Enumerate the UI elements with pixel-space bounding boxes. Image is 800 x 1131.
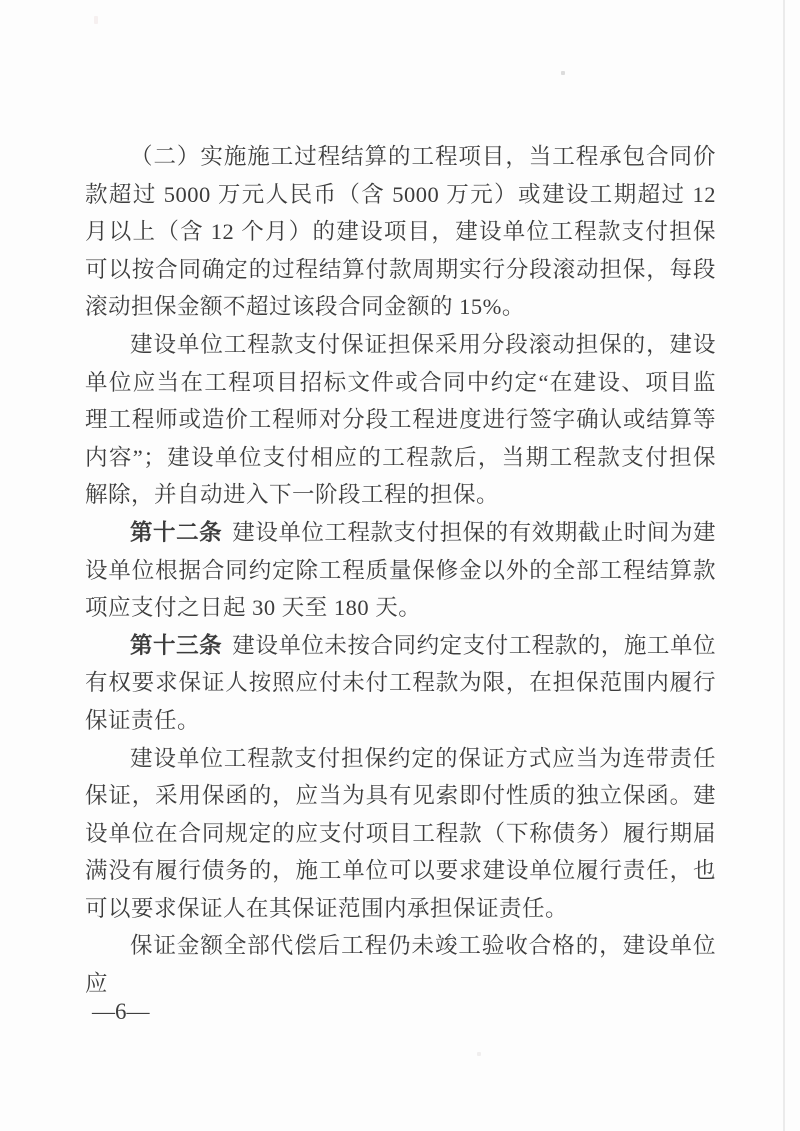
clause-term: 第十二条 [130,520,222,545]
paragraph-article-12: 第十二条建设单位工程款支付担保的有效期截止时间为建设单位根据合同约定除工程质量保… [85,514,716,627]
paragraph-rolling-guarantee: 建设单位工程款支付保证担保采用分段滚动担保的，建设单位应当在工程项目招标文件或合… [85,326,716,514]
scan-speck [561,71,565,75]
paragraph-text: 建设单位工程款支付保证担保采用分段滚动担保的，建设单位应当在工程项目招标文件或合… [85,332,716,507]
paragraph-item-2: （二）实施施工过程结算的工程项目，当工程承包合同价款超过 5000 万元人民币（… [85,138,716,326]
clause-term: 第十三条 [130,633,222,658]
paragraph-article-13: 第十三条建设单位未按合同约定支付工程款的，施工单位有权要求保证人按照应付未付工程… [85,627,716,740]
scan-speck [94,16,98,24]
document-body: （二）实施施工过程结算的工程项目，当工程承包合同价款超过 5000 万元人民币（… [85,138,716,1003]
paragraph-text: 建设单位工程款支付担保约定的保证方式应当为连带责任保证，采用保函的，应当为具有见… [85,746,716,921]
paragraph-guarantee-method: 建设单位工程款支付担保约定的保证方式应当为连带责任保证，采用保函的，应当为具有见… [85,740,716,928]
scan-speck [477,1052,481,1056]
paragraph-text: （二）实施施工过程结算的工程项目，当工程承包合同价款超过 5000 万元人民币（… [85,144,716,319]
page-number: —6— [92,998,150,1026]
scan-artifact-line [783,0,785,1131]
document-page: （二）实施施工过程结算的工程项目，当工程承包合同价款超过 5000 万元人民币（… [0,0,800,1131]
paragraph-text: 保证金额全部代偿后工程仍未竣工验收合格的，建设单位应 [85,933,716,996]
paragraph-compensation: 保证金额全部代偿后工程仍未竣工验收合格的，建设单位应 [85,927,716,1002]
